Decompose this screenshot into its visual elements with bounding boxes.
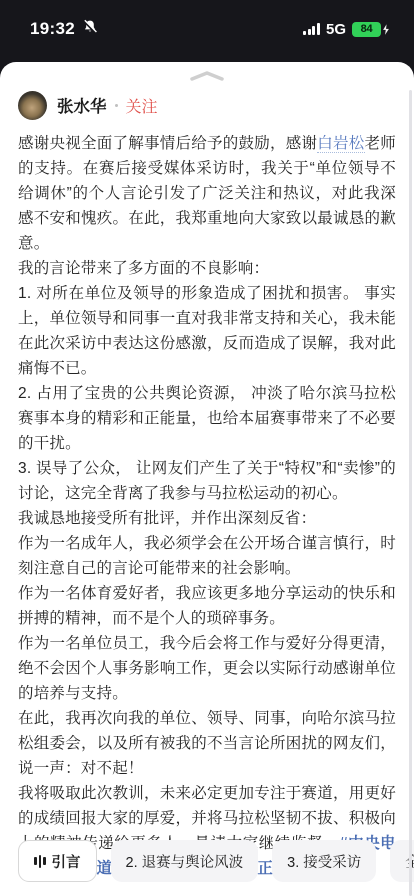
tab-label: 引言	[52, 851, 81, 872]
post-text: 作为一名单位员工，我今后会将工作与爱好分得更清，绝不会因个人事务影响工作，更会以…	[18, 635, 396, 702]
avatar[interactable]	[18, 91, 47, 120]
post-paragraph: 1. 对所在单位及领导的形象造成了困扰和损害。 事实上，单位领导和同事一直对我非…	[18, 281, 396, 381]
status-bar: 19:32 5G 84	[0, 0, 414, 52]
post-text: 3. 误导了公众， 让网友们产生了关于“特权”和“卖惨”的讨论，这完全背离了我参…	[18, 460, 396, 502]
tab-label: 2. 退赛与舆论风波	[126, 851, 244, 872]
dot-separator	[115, 104, 118, 107]
quote-icon	[34, 855, 46, 868]
tab-label: 3. 接受采访	[287, 851, 361, 872]
post-paragraph: 作为一名体育爱好者，我应该更多地分享运动的快乐和拼搏的精神，而不是个人的琐碎事务…	[18, 581, 396, 631]
post-paragraph: 3. 误导了公众， 让网友们产生了关于“特权”和“卖惨”的讨论，这完全背离了我参…	[18, 456, 396, 506]
bell-slash-icon	[82, 19, 98, 40]
post-text: 感谢央视全面了解事情后给予的鼓励，感谢	[18, 135, 317, 152]
post-paragraph: 我诚恳地接受所有批评，并作出深刻反省：	[18, 506, 396, 531]
post-paragraph: 作为一名单位员工，我今后会将工作与爱好分得更清，绝不会因个人事务影响工作，更会以…	[18, 631, 396, 706]
section-chip-bar: 引言 2. 退赛与舆论风波 3. 接受采访 全部	[18, 840, 414, 882]
tab-intro[interactable]: 引言	[18, 840, 97, 882]
status-time: 19:32	[30, 19, 75, 39]
tab-interview[interactable]: 3. 接受采访	[272, 840, 376, 882]
post-paragraph: 在此，我再次向我的单位、领导、同事，向哈尔滨马拉松组委会，以及所有被我的不当言论…	[18, 706, 396, 781]
post-text: 在此，我再次向我的单位、领导、同事，向哈尔滨马拉松组委会，以及所有被我的不当言论…	[18, 710, 396, 777]
tab-withdrawal-controversy[interactable]: 2. 退赛与舆论风波	[111, 840, 259, 882]
post-text: 作为一名体育爱好者，我应该更多地分享运动的快乐和拼搏的精神，而不是个人的琐碎事务…	[18, 585, 396, 627]
post-text: 我的言论带来了多方面的不良影响：	[18, 260, 269, 277]
post-paragraph: 2. 占用了宝贵的公共舆论资源， 冲淡了哈尔滨马拉松赛事本身的精彩和正能量，也给…	[18, 381, 396, 456]
post-sheet: 张水华 关注 感谢央视全面了解事情后给予的鼓励，感谢白岩松老师的支持。在赛后接受…	[0, 62, 414, 896]
post-header: 张水华 关注	[18, 90, 396, 120]
post-body: 感谢央视全面了解事情后给予的鼓励，感谢白岩松老师的支持。在赛后接受媒体采访时，我…	[18, 131, 396, 881]
post-text: 我诚恳地接受所有批评，并作出深刻反省：	[18, 510, 316, 527]
scrollbar[interactable]	[409, 90, 412, 896]
network-type: 5G	[326, 21, 346, 38]
author-name[interactable]: 张水华	[57, 93, 107, 117]
post-text: 2. 占用了宝贵的公共舆论资源， 冲淡了哈尔滨马拉松赛事本身的精彩和正能量，也给…	[18, 385, 396, 452]
post-paragraph: 感谢央视全面了解事情后给予的鼓励，感谢白岩松老师的支持。在赛后接受媒体采访时，我…	[18, 131, 396, 256]
post-paragraph: 我的言论带来了多方面的不良影响：	[18, 256, 396, 281]
charging-bolt-icon	[382, 23, 390, 36]
battery-percent: 84	[361, 23, 373, 35]
sheet-drag-handle[interactable]	[189, 69, 225, 87]
cellular-signal-icon	[303, 23, 320, 35]
battery-icon: 84	[352, 22, 390, 37]
post-text: 作为一名成年人，我必须学会在公开场合谨言慎行，时刻注意自己的言论可能带来的社会影…	[18, 535, 396, 577]
post-paragraph: 作为一名成年人，我必须学会在公开场合谨言慎行，时刻注意自己的言论可能带来的社会影…	[18, 531, 396, 581]
follow-button[interactable]: 关注	[126, 94, 158, 117]
mention-link[interactable]: 白岩松	[317, 135, 364, 153]
post-text: 1. 对所在单位及领导的形象造成了困扰和损害。 事实上，单位领导和同事一直对我非…	[18, 285, 396, 377]
